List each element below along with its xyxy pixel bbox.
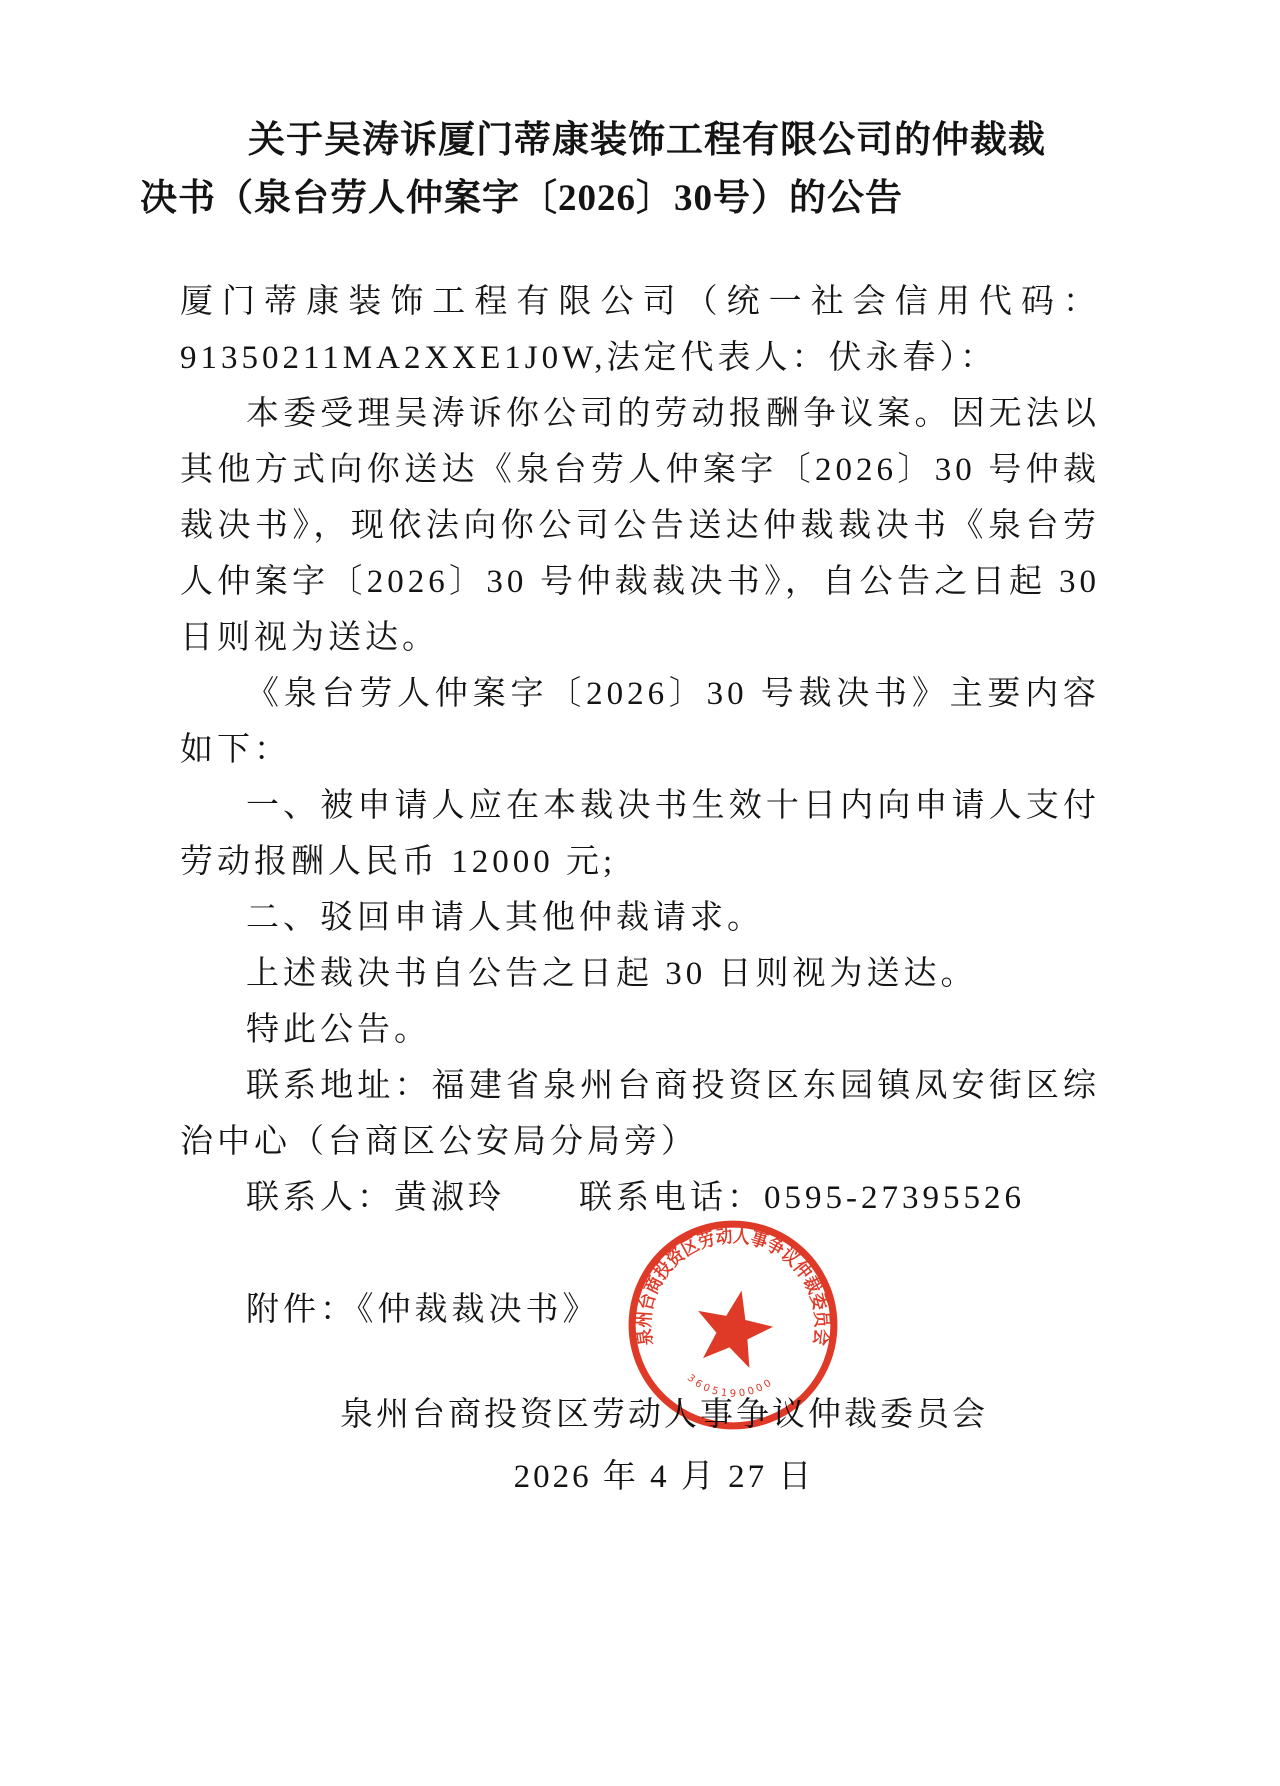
page-title: 关于吴涛诉厦门蒂康装饰工程有限公司的仲裁裁 决书（泉台劳人仲案字〔2026〕30… — [140, 112, 1140, 228]
paragraph: 《泉台劳人仲案字〔2026〕30 号裁决书》主要内容如下： — [180, 666, 1100, 778]
document-body: 厦门蒂康装饰工程有限公司（统一社会信用代码：91350211MA2XXE1J0W… — [180, 274, 1100, 1338]
paragraph: 本委受理吴涛诉你公司的劳动报酬争议案。因无法以其他方式向你送达《泉台劳人仲案字〔… — [180, 386, 1100, 666]
paragraph: 附件：《仲裁裁决书》 — [180, 1282, 1100, 1338]
signature-date: 2026 年 4 月 27 日 — [340, 1446, 988, 1508]
paragraph: 一、被申请人应在本裁决书生效十日内向申请人支付劳动报酬人民币 12000 元; — [180, 778, 1100, 890]
paragraph: 上述裁决书自公告之日起 30 日则视为送达。 — [180, 946, 1100, 1002]
paragraph: 厦门蒂康装饰工程有限公司（统一社会信用代码：91350211MA2XXE1J0W… — [180, 274, 1100, 386]
paragraph: 特此公告。 — [180, 1002, 1100, 1058]
announcement-page: 关于吴涛诉厦门蒂康装饰工程有限公司的仲裁裁 决书（泉台劳人仲案字〔2026〕30… — [0, 0, 1280, 1786]
signature-block: 泉州台商投资区劳动人事争议仲裁委员会 2026 年 4 月 27 日 — [340, 1384, 988, 1508]
signature-committee: 泉州台商投资区劳动人事争议仲裁委员会 — [340, 1384, 988, 1446]
title-line-2: 决书（泉台劳人仲案字〔2026〕30号）的公告 — [140, 170, 1140, 228]
paragraph: 二、驳回申请人其他仲裁请求。 — [180, 890, 1100, 946]
title-line-1: 关于吴涛诉厦门蒂康装饰工程有限公司的仲裁裁 — [140, 112, 1140, 170]
paragraph: 联系地址：福建省泉州台商投资区东园镇凤安街区综治中心（台商区公安局分局旁） — [180, 1058, 1100, 1170]
paragraph: 联系人：黄淑玲 联系电话：0595-27395526 — [180, 1170, 1100, 1226]
